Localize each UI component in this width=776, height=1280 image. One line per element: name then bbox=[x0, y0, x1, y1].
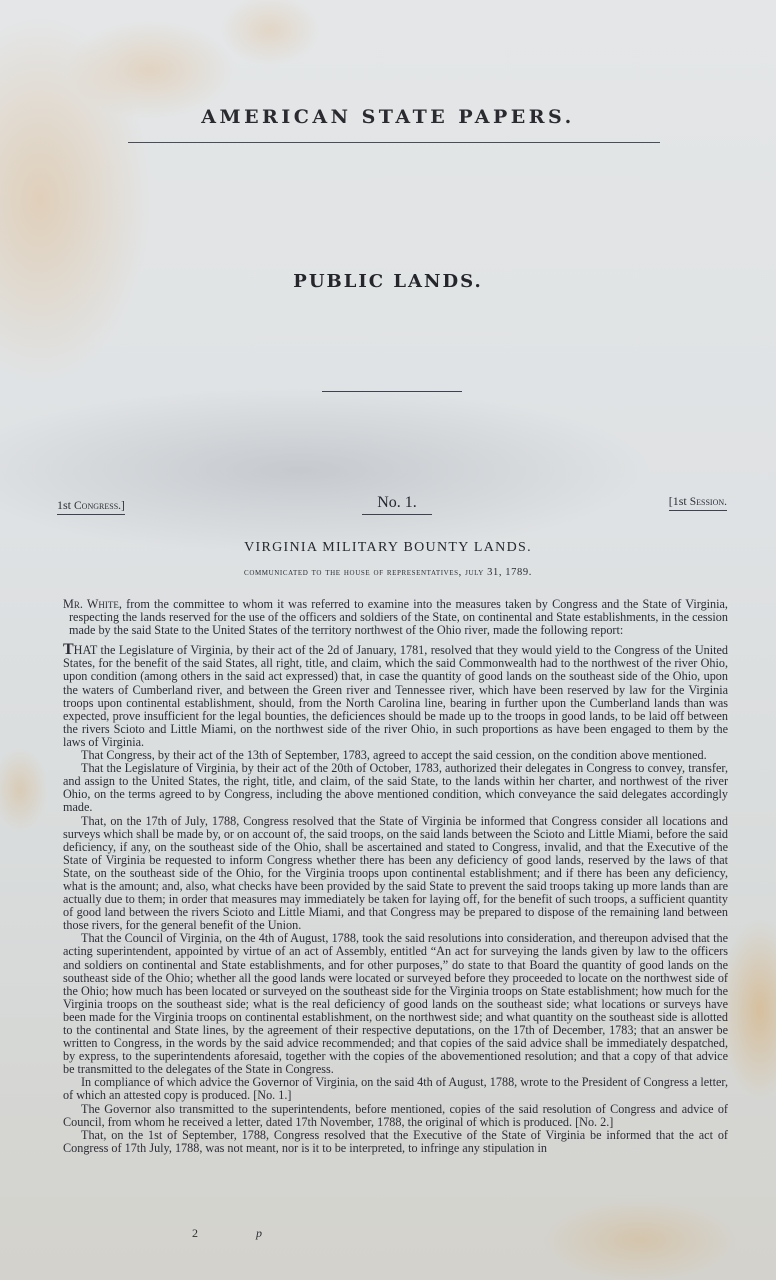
signature-mark-number: 2 bbox=[192, 1226, 198, 1241]
speaker-name: Mr. White bbox=[63, 597, 119, 611]
congress-label: 1st Congress.] bbox=[57, 498, 125, 515]
session-number: [1st bbox=[669, 494, 687, 508]
paragraph: That the Legislature of Virginia, by the… bbox=[63, 762, 728, 814]
running-head: AMERICAN STATE PAPERS. bbox=[0, 106, 776, 128]
communicated-line: communicated to the house of representat… bbox=[0, 567, 776, 578]
section-title: PUBLIC LANDS. bbox=[0, 271, 776, 292]
congress-text: Congress.] bbox=[74, 500, 125, 512]
document-title: VIRGINIA MILITARY BOUNTY LANDS. bbox=[0, 540, 776, 556]
scanned-page: AMERICAN STATE PAPERS. PUBLIC LANDS. 1st… bbox=[0, 0, 776, 1280]
paragraph: That the Council of Virginia, on the 4th… bbox=[63, 932, 728, 1076]
paragraph: That, on the 1st of September, 1788, Con… bbox=[63, 1129, 728, 1155]
document-body: Mr. White, from the committee to whom it… bbox=[63, 598, 728, 1155]
paragraph: THAT the Legislature of Virginia, by the… bbox=[63, 643, 728, 749]
header-rule bbox=[128, 142, 660, 143]
paragraph: In compliance of which advice the Govern… bbox=[63, 1076, 728, 1102]
signature-mark-letter: p bbox=[256, 1226, 262, 1241]
session-label: [1st Session. bbox=[669, 494, 727, 511]
document-number: No. 1. bbox=[362, 494, 432, 515]
paragraph-text: HAT the Legislature of Virginia, by thei… bbox=[63, 643, 728, 749]
section-divider bbox=[322, 391, 462, 392]
paragraph: The Governor also transmitted to the sup… bbox=[63, 1103, 728, 1129]
intro-paragraph: Mr. White, from the committee to whom it… bbox=[63, 598, 728, 637]
paragraph: That, on the 17th of July, 1788, Congres… bbox=[63, 815, 728, 933]
intro-text: , from the committee to whom it was refe… bbox=[69, 597, 728, 637]
session-text: Session. bbox=[690, 496, 727, 508]
congress-number: 1st bbox=[57, 498, 71, 512]
